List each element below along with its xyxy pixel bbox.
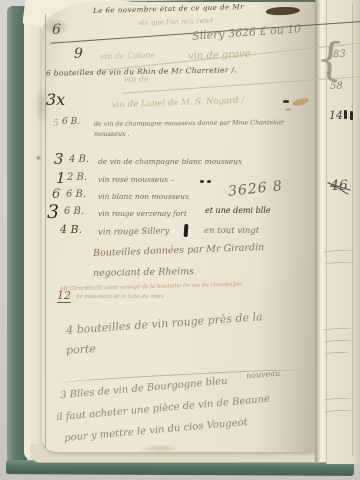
margin-number: 3 — [47, 203, 59, 222]
manuscript-photo: Le 6e novembre état de ce que de Mr vin … — [0, 0, 360, 480]
manuscript-line: mousseux . — [94, 132, 130, 138]
right-page-fold-line — [352, 4, 353, 456]
margin-number: 1 — [56, 171, 66, 186]
manuscript-line: vin rouge verzenay fort — [98, 210, 187, 218]
manuscript-line: vin rouge Sillery — [98, 227, 170, 237]
ink-tick — [344, 110, 347, 119]
manuscript-line-overwrite: et une demi blle — [205, 207, 271, 215]
margin-number: 5 — [53, 120, 59, 129]
margin-number: 3 — [54, 152, 64, 167]
pencil-line: porte — [66, 343, 96, 356]
sepia-note-line: de mousseux et la liste du reste . — [76, 295, 168, 301]
manuscript-line: en tout vingt — [204, 227, 259, 236]
bottom-stain — [138, 444, 182, 453]
margin-number: 6 B. — [66, 190, 86, 200]
margin-number: 9 — [74, 47, 83, 61]
manuscript-line: vin blanc non mousseux — [98, 193, 189, 201]
ink-tick — [350, 111, 353, 120]
margin-rule — [45, 14, 46, 448]
margin-number: 2 B. — [67, 173, 87, 183]
manuscript-line: de vin de champagne blanc mousseux — [98, 158, 242, 166]
margin-number: 6 B. — [64, 207, 84, 217]
margin-number: 4 B. — [69, 155, 89, 165]
margin-mark: * — [36, 156, 41, 166]
ink-dot — [207, 180, 211, 183]
right-page-number-struck: 46 — [330, 179, 348, 193]
brace-mark: { — [314, 37, 345, 83]
right-page-number: 58 — [330, 82, 343, 92]
right-page-number: 83 — [333, 50, 346, 61]
margin-number: 6 — [52, 188, 60, 201]
ink-dot — [200, 180, 204, 183]
ink-tick — [283, 100, 289, 103]
margin-number: 4 B. — [60, 224, 82, 235]
margin-number: 3x — [46, 92, 65, 108]
margin-number: 6 B. — [62, 118, 80, 127]
right-page-number: 14 — [329, 110, 343, 121]
yellow-stain-dot — [285, 108, 291, 111]
manuscript-line: vin rosé mousseux – — [98, 176, 174, 184]
manuscript-line: negociant de Rheims — [93, 267, 194, 278]
margin-number: 12 — [57, 290, 71, 303]
